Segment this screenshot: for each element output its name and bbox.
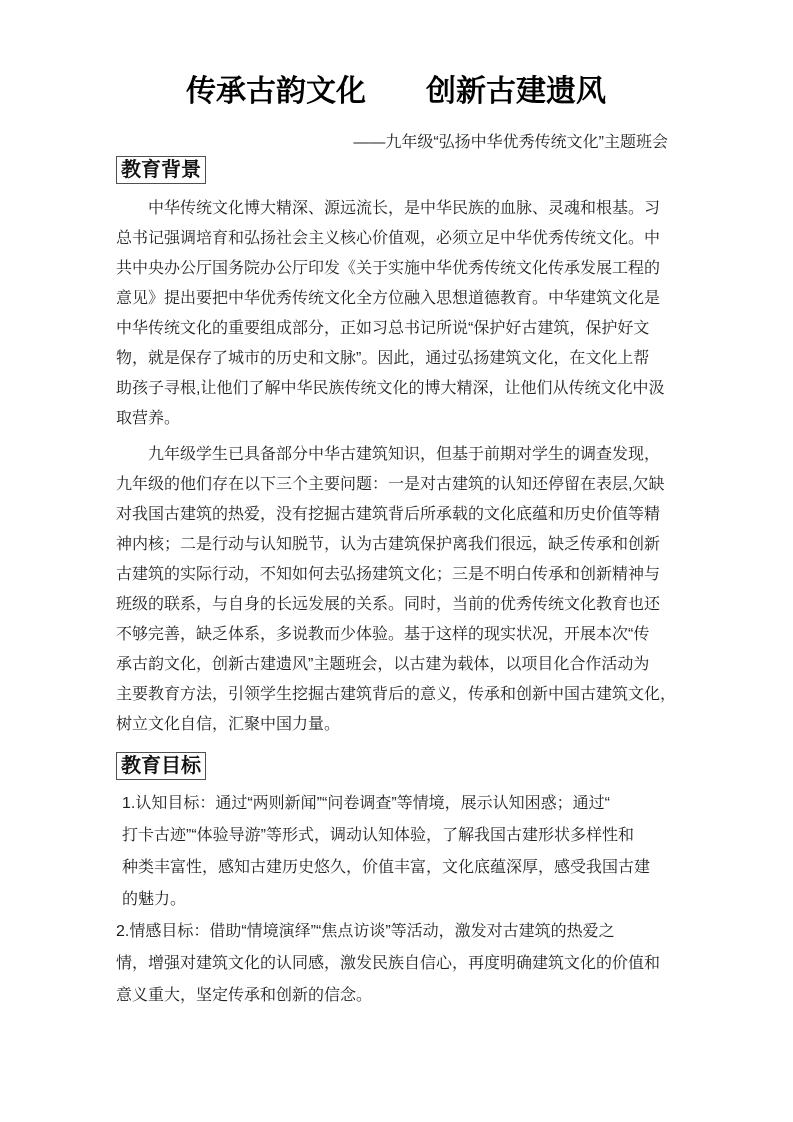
goal-emotional: 2.情感目标：借助“情境演绎”“焦点访谈”等活动，激发对古建筑的热爱之 情，增强…: [116, 916, 676, 1012]
text-line: 对我国古建筑的热爱，没有挖掘古建筑背后所承载的文化底蕴和历史价值等精: [116, 500, 676, 530]
text-line: 意义重大，坚定传承和创新的信念。: [116, 980, 676, 1012]
text-line: 物，就是保存了城市的历史和文脉”。因此，通过弘扬建筑文化，在文化上帮: [116, 344, 676, 374]
text-line: 主要教育方法，引领学生挖掘古建筑背后的意义，传承和创新中国古建筑文化，: [116, 680, 676, 710]
goals-heading-row: 教育目标: [116, 752, 676, 780]
background-heading-row: 教育背景: [116, 156, 676, 184]
text-line: 神内核；二是行动与认知脱节，认为古建筑保护离我们很远，缺乏传承和创新: [116, 530, 676, 560]
goal-cognitive: 1.认知目标：通过“两则新闻”“问卷调查”等情境，展示认知困惑；通过“ 打卡古迹…: [116, 788, 676, 916]
text-line: 九年级的他们存在以下三个主要问题：一是对古建筑的认知还停留在表层,欠缺: [116, 470, 676, 500]
text-line: 中华传统文化的重要组成部分，正如习总书记所说“保护好古建筑，保护好文: [116, 314, 676, 344]
text-line: 共中央办公厅国务院办公厅印发《关于实施中华优秀传统文化传承发展工程的: [116, 254, 676, 284]
text-line: 树立文化自信，汇聚中国力量。: [116, 710, 676, 740]
text-line: 情，增强对建筑文化的认同感，激发民族自信心，再度明确建筑文化的价值和: [116, 948, 676, 980]
text-line: 古建筑的实际行动，不知如何去弘扬建筑文化；三是不明白传承和创新精神与: [116, 560, 676, 590]
text-line: 助孩子寻根,让他们了解中华民族传统文化的博大精深，让他们从传统文化中汲: [116, 374, 676, 404]
text-line: 1.认知目标：通过“两则新闻”“问卷调查”等情境，展示认知困惑；通过“: [122, 788, 676, 820]
document-page: 传承古韵文化 创新古建遗风 ——九年级“弘扬中华优秀传统文化”主题班会 教育背景…: [0, 0, 793, 1122]
text-line: 总书记强调培育和弘扬社会主义核心价值观，必须立足中华优秀传统文化。中: [116, 224, 676, 254]
text-line: 九年级学生已具备部分中华古建筑知识，但基于前期对学生的调查发现，: [116, 440, 676, 470]
document-subtitle: ——九年级“弘扬中华优秀传统文化”主题班会: [116, 132, 676, 154]
text-line: 取营养。: [116, 404, 676, 434]
text-line: 不够完善，缺乏体系，多说教而少体验。基于这样的现实状况，开展本次“传: [116, 620, 676, 650]
text-line: 承古韵文化，创新古建遗风”主题班会，以古建为载体，以项目化合作活动为: [116, 650, 676, 680]
document-title: 传承古韵文化 创新古建遗风: [116, 0, 676, 112]
text-line: 中华传统文化博大精深、源远流长，是中华民族的血脉、灵魂和根基。习: [116, 194, 676, 224]
section-heading-goals: 教育目标: [116, 752, 206, 780]
section-heading-background: 教育背景: [116, 156, 206, 184]
text-line: 班级的联系，与自身的长远发展的关系。同时，当前的优秀传统文化教育也还: [116, 590, 676, 620]
document-content: 传承古韵文化 创新古建遗风 ——九年级“弘扬中华优秀传统文化”主题班会 教育背景…: [116, 0, 676, 1012]
text-line: 的魅力。: [122, 884, 676, 916]
background-paragraph-1: 中华传统文化博大精深、源远流长，是中华民族的血脉、灵魂和根基。习 总书记强调培育…: [116, 194, 676, 434]
text-line: 打卡古迹”“体验导游”等形式，调动认知体验，了解我国古建形状多样性和: [122, 820, 676, 852]
text-line: 种类丰富性，感知古建历史悠久，价值丰富，文化底蕴深厚，感受我国古建: [122, 852, 676, 884]
text-line: 意见》提出要把中华优秀传统文化全方位融入思想道德教育。中华建筑文化是: [116, 284, 676, 314]
background-paragraph-2: 九年级学生已具备部分中华古建筑知识，但基于前期对学生的调查发现， 九年级的他们存…: [116, 440, 676, 740]
text-line: 2.情感目标：借助“情境演绎”“焦点访谈”等活动，激发对古建筑的热爱之: [116, 916, 676, 948]
